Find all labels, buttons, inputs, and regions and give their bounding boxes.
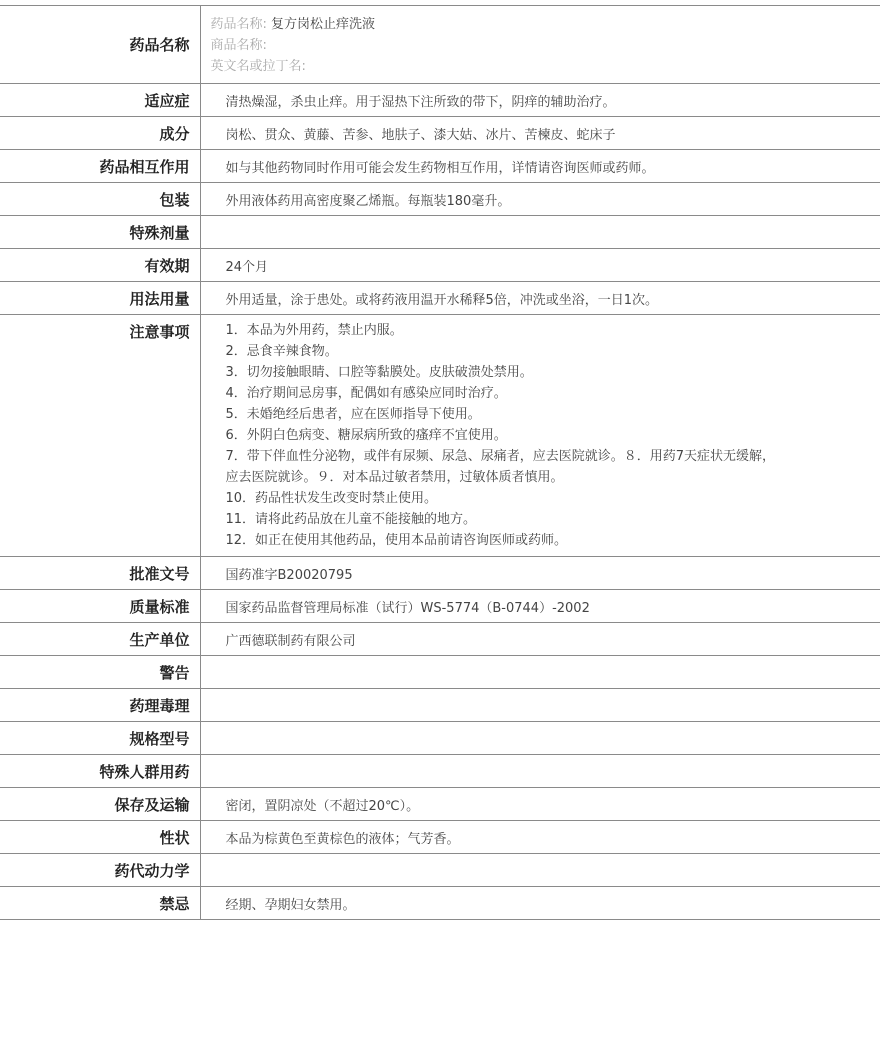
english-name-line: 英文名或拉丁名: bbox=[211, 56, 880, 77]
row-indications: 适应症 清热燥湿，杀虫止痒。用于湿热下注所致的带下，阴痒的辅助治疗。 bbox=[0, 84, 880, 117]
label-contraindications: 禁忌 bbox=[0, 887, 200, 920]
value-drug-name: 药品名称: 复方岗松止痒洗液 商品名称: 英文名或拉丁名: bbox=[200, 6, 880, 84]
value-ingredients: 岗松、贯众、黄藤、苦参、地肤子、漆大姑、冰片、苦楝皮、蛇床子 bbox=[200, 117, 880, 150]
row-precautions: 注意事项 1．本品为外用药，禁止内服。 2．忌食辛辣食物。 3．切勿接触眼睛、口… bbox=[0, 315, 880, 557]
drug-name-label: 药品名称: bbox=[211, 17, 267, 32]
precaution-item: 3．切勿接触眼睛、口腔等黏膜处。皮肤破溃处禁用。 bbox=[226, 362, 781, 383]
row-quality-standard: 质量标准 国家药品监督管理局标准（试行）WS-5774（B-0744）-2002 bbox=[0, 590, 880, 623]
trade-name-label: 商品名称: bbox=[211, 38, 267, 53]
value-warning bbox=[200, 656, 880, 689]
row-interactions: 药品相互作用 如与其他药物同时作用可能会发生药物相互作用，详情请咨询医师或药师。 bbox=[0, 150, 880, 183]
label-drug-name: 药品名称 bbox=[0, 6, 200, 84]
label-special-populations: 特殊人群用药 bbox=[0, 755, 200, 788]
precaution-item: 12．如正在使用其他药品，使用本品前请咨询医师或药师。 bbox=[226, 530, 781, 551]
english-name-label: 英文名或拉丁名: bbox=[211, 59, 306, 74]
value-usage: 外用适量，涂于患处。或将药液用温开水稀释5倍，冲洗或坐浴，一日1次。 bbox=[200, 282, 880, 315]
value-specification bbox=[200, 722, 880, 755]
precaution-item: 10．药品性状发生改变时禁止使用。 bbox=[226, 488, 781, 509]
drug-name-line: 药品名称: 复方岗松止痒洗液 bbox=[211, 14, 880, 35]
value-storage: 密闭，置阴凉处（不超过20℃）。 bbox=[200, 788, 880, 821]
value-approval-number: 国药准字B20020795 bbox=[200, 557, 880, 590]
value-contraindications: 经期、孕期妇女禁用。 bbox=[200, 887, 880, 920]
label-shelf-life: 有效期 bbox=[0, 249, 200, 282]
label-usage: 用法用量 bbox=[0, 282, 200, 315]
row-manufacturer: 生产单位 广西德联制药有限公司 bbox=[0, 623, 880, 656]
value-shelf-life: 24个月 bbox=[200, 249, 880, 282]
value-pharmacology bbox=[200, 689, 880, 722]
precaution-item: 5．未婚绝经后患者，应在医师指导下使用。 bbox=[226, 404, 781, 425]
label-precautions: 注意事项 bbox=[0, 315, 200, 557]
value-special-dosage bbox=[200, 216, 880, 249]
precaution-item: 1．本品为外用药，禁止内服。 bbox=[226, 320, 781, 341]
row-special-populations: 特殊人群用药 bbox=[0, 755, 880, 788]
label-pharmacology: 药理毒理 bbox=[0, 689, 200, 722]
label-pharmacokinetics: 药代动力学 bbox=[0, 854, 200, 887]
precaution-item: 6．外阴白色病变、糖尿病所致的瘙痒不宜使用。 bbox=[226, 425, 781, 446]
row-warning: 警告 bbox=[0, 656, 880, 689]
precaution-item: 11．请将此药品放在儿童不能接触的地方。 bbox=[226, 509, 781, 530]
value-quality-standard: 国家药品监督管理局标准（试行）WS-5774（B-0744）-2002 bbox=[200, 590, 880, 623]
value-packaging: 外用液体药用高密度聚乙烯瓶。每瓶装180毫升。 bbox=[200, 183, 880, 216]
label-indications: 适应症 bbox=[0, 84, 200, 117]
value-special-populations bbox=[200, 755, 880, 788]
label-storage: 保存及运输 bbox=[0, 788, 200, 821]
value-pharmacokinetics bbox=[200, 854, 880, 887]
row-usage: 用法用量 外用适量，涂于患处。或将药液用温开水稀释5倍，冲洗或坐浴，一日1次。 bbox=[0, 282, 880, 315]
drug-info-table: 药品名称 药品名称: 复方岗松止痒洗液 商品名称: 英文名或拉丁名: 适应症 清… bbox=[0, 5, 880, 920]
value-precautions: 1．本品为外用药，禁止内服。 2．忌食辛辣食物。 3．切勿接触眼睛、口腔等黏膜处… bbox=[200, 315, 880, 557]
label-ingredients: 成分 bbox=[0, 117, 200, 150]
drug-name-value: 复方岗松止痒洗液 bbox=[271, 17, 375, 32]
label-specification: 规格型号 bbox=[0, 722, 200, 755]
row-contraindications: 禁忌 经期、孕期妇女禁用。 bbox=[0, 887, 880, 920]
precaution-item: 2．忌食辛辣食物。 bbox=[226, 341, 781, 362]
row-approval-number: 批准文号 国药准字B20020795 bbox=[0, 557, 880, 590]
label-packaging: 包装 bbox=[0, 183, 200, 216]
label-manufacturer: 生产单位 bbox=[0, 623, 200, 656]
row-appearance: 性状 本品为棕黄色至黄棕色的液体；气芳香。 bbox=[0, 821, 880, 854]
row-specification: 规格型号 bbox=[0, 722, 880, 755]
row-pharmacokinetics: 药代动力学 bbox=[0, 854, 880, 887]
label-special-dosage: 特殊剂量 bbox=[0, 216, 200, 249]
label-approval-number: 批准文号 bbox=[0, 557, 200, 590]
label-warning: 警告 bbox=[0, 656, 200, 689]
row-shelf-life: 有效期 24个月 bbox=[0, 249, 880, 282]
value-indications: 清热燥湿，杀虫止痒。用于湿热下注所致的带下，阴痒的辅助治疗。 bbox=[200, 84, 880, 117]
label-quality-standard: 质量标准 bbox=[0, 590, 200, 623]
row-special-dosage: 特殊剂量 bbox=[0, 216, 880, 249]
label-appearance: 性状 bbox=[0, 821, 200, 854]
row-drug-name: 药品名称 药品名称: 复方岗松止痒洗液 商品名称: 英文名或拉丁名: bbox=[0, 6, 880, 84]
value-appearance: 本品为棕黄色至黄棕色的液体；气芳香。 bbox=[200, 821, 880, 854]
trade-name-line: 商品名称: bbox=[211, 35, 880, 56]
label-interactions: 药品相互作用 bbox=[0, 150, 200, 183]
row-ingredients: 成分 岗松、贯众、黄藤、苦参、地肤子、漆大姑、冰片、苦楝皮、蛇床子 bbox=[0, 117, 880, 150]
precaution-item: 7．带下伴血性分泌物，或伴有尿频、尿急、尿痛者，应去医院就诊。８．用药7天症状无… bbox=[226, 446, 781, 488]
value-interactions: 如与其他药物同时作用可能会发生药物相互作用，详情请咨询医师或药师。 bbox=[200, 150, 880, 183]
row-storage: 保存及运输 密闭，置阴凉处（不超过20℃）。 bbox=[0, 788, 880, 821]
value-manufacturer: 广西德联制药有限公司 bbox=[200, 623, 880, 656]
precaution-item: 4．治疗期间忌房事，配偶如有感染应同时治疗。 bbox=[226, 383, 781, 404]
row-pharmacology: 药理毒理 bbox=[0, 689, 880, 722]
row-packaging: 包装 外用液体药用高密度聚乙烯瓶。每瓶装180毫升。 bbox=[0, 183, 880, 216]
